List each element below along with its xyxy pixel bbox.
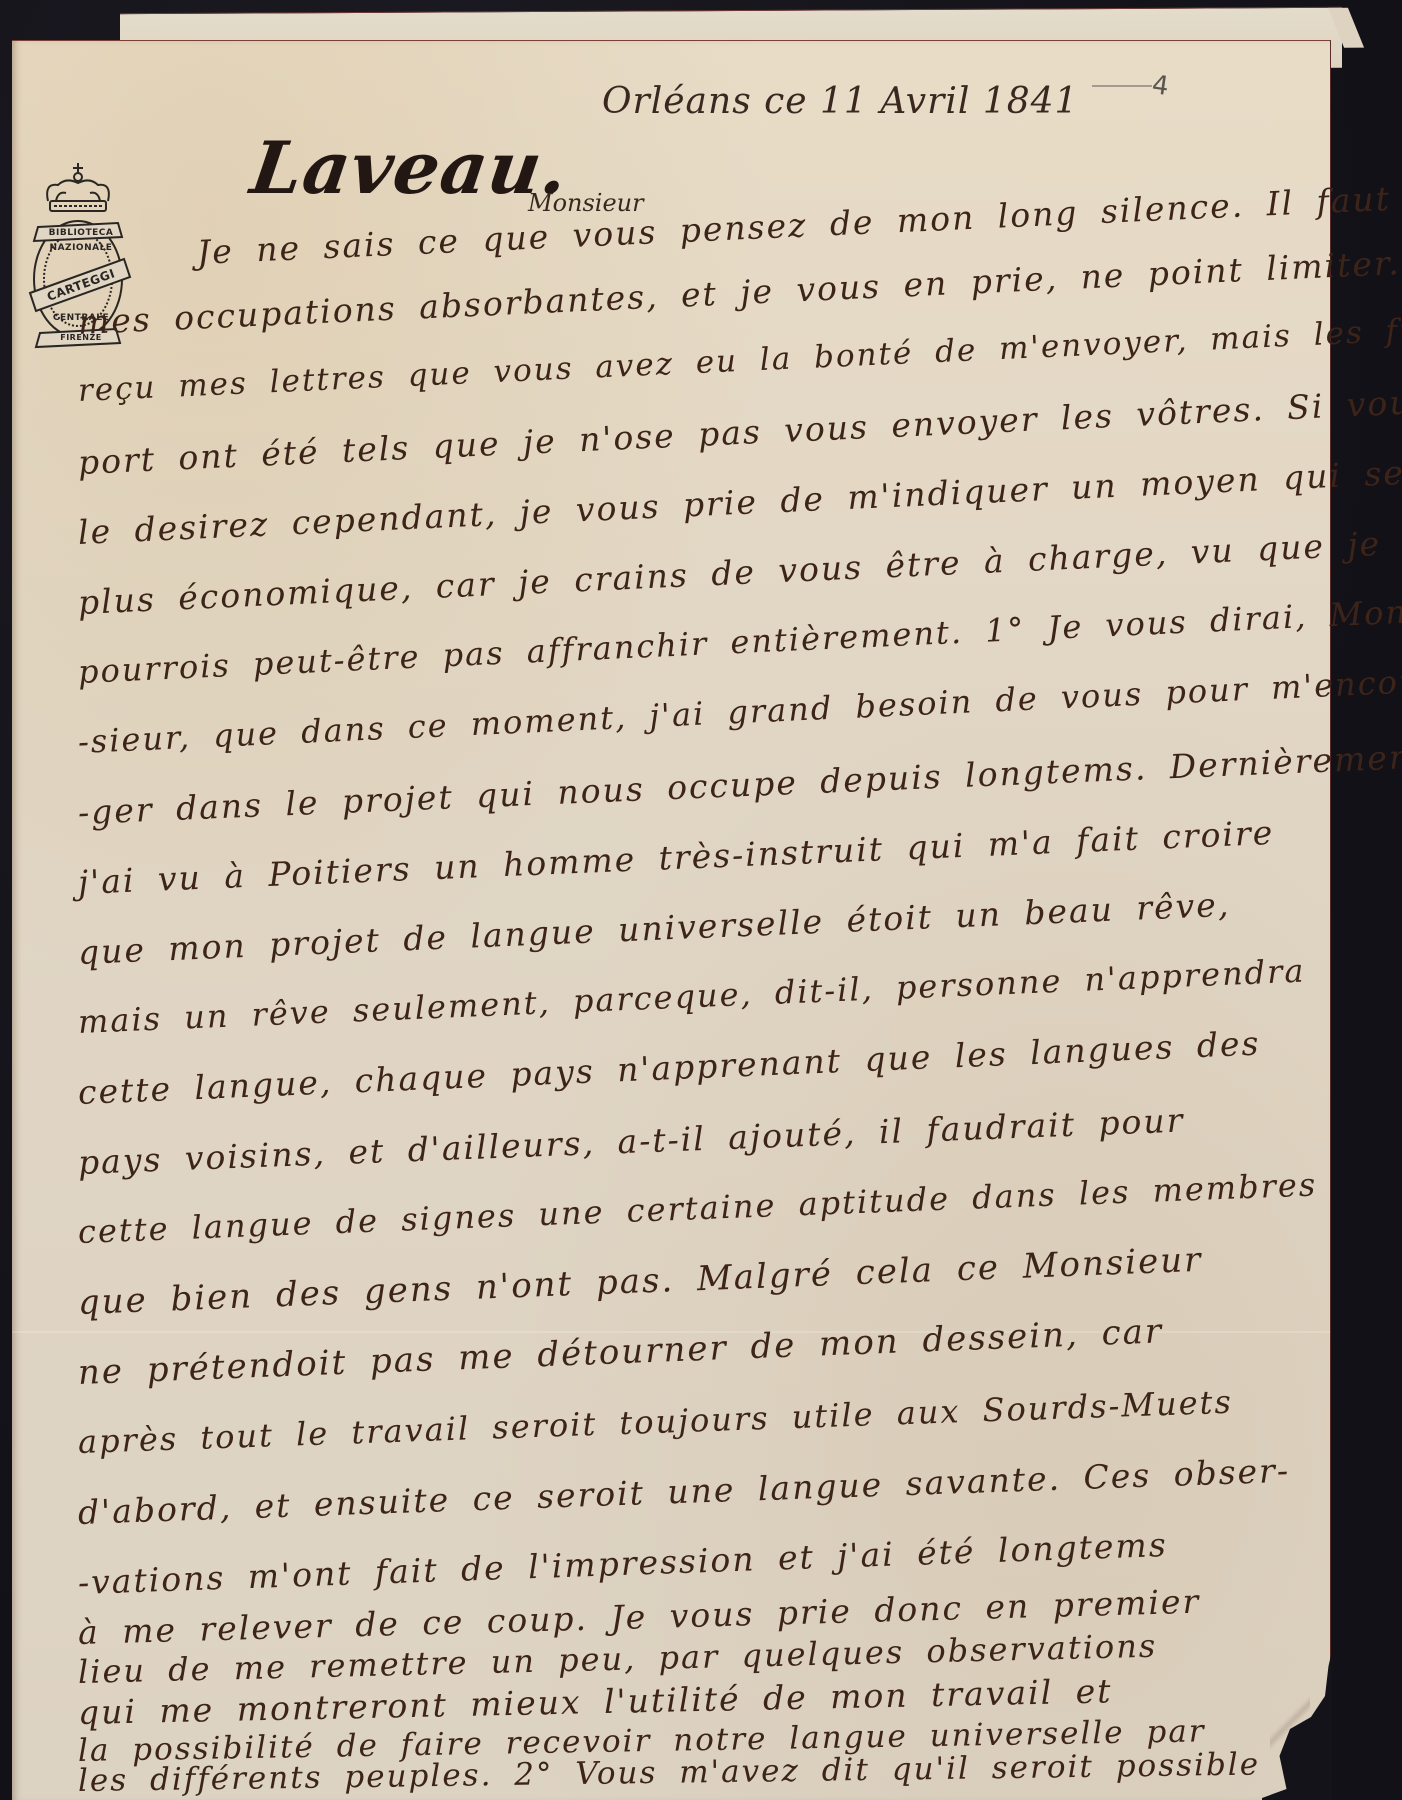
body-line: que mon projet de langue universelle éto… — [77, 885, 1231, 972]
letter-body: Je ne sais ce que vous pensez de mon lon… — [12, 41, 1330, 1800]
body-line: pays voisins, et d'ailleurs, a-t-il ajou… — [77, 1101, 1185, 1182]
body-line: que bien des gens n'ont pas. Malgré cela… — [77, 1240, 1203, 1323]
body-line: j'ai vu à Poitiers un homme très-instrui… — [77, 813, 1275, 902]
body-line: cette langue de signes une certaine apti… — [77, 1165, 1318, 1251]
body-line: mais un rêve seulement, parceque, dit-il… — [77, 952, 1306, 1041]
body-line: ne prétendoit pas me détourner de mon de… — [77, 1311, 1164, 1393]
body-line: d'abord, et ensuite ce seroit une langue… — [77, 1451, 1290, 1532]
body-line: après tout le travail seroit toujours ut… — [77, 1383, 1233, 1461]
body-line: cette langue, chaque pays n'apprenant qu… — [77, 1023, 1261, 1112]
letter-page: 4 BIBLIOTECA NAZIONALE — [12, 40, 1331, 1800]
